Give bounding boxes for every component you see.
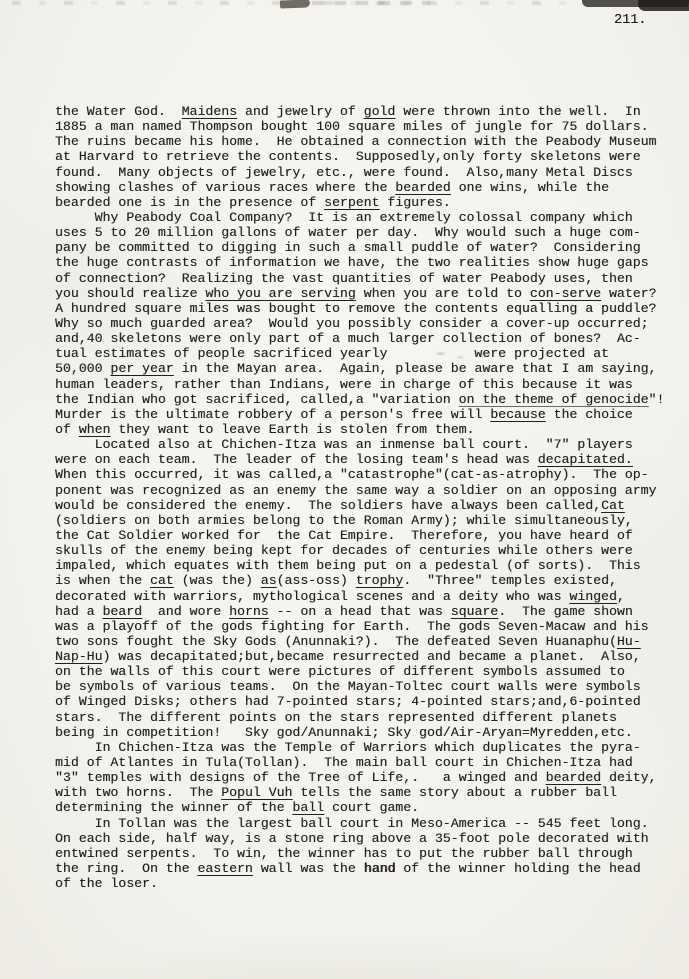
underlined-text: as [261, 573, 277, 588]
scan-smudge-top-center-streak [312, 1, 430, 5]
underlined-text: gold [364, 104, 396, 119]
underlined-text: bearded [395, 180, 450, 195]
text-line: decorated with warriors, mythological sc… [55, 589, 675, 604]
text-line: tual estimates of people sacrificed year… [55, 346, 675, 361]
underlined-text: square [451, 604, 498, 619]
page-number: 211. [614, 13, 646, 28]
underlined-text: con-serve [530, 286, 601, 301]
underlined-text: horns [229, 604, 269, 619]
scan-smudge-top-right-corner [638, 0, 689, 11]
text-line: In Tollan was the largest ball court in … [55, 816, 675, 831]
text-line: bearded one is in the presence of serpen… [55, 195, 675, 210]
underlined-text: because [490, 407, 545, 422]
text-line: the Water God. Maidens and jewelry of go… [55, 104, 675, 119]
underlined-text: who you are serving [205, 286, 355, 301]
paragraph: In Tollan was the largest ball court in … [55, 816, 675, 892]
paragraph: the Water God. Maidens and jewelry of go… [55, 104, 675, 210]
scan-smudge-top-right [582, 0, 689, 7]
underlined-text: when [79, 422, 111, 437]
text-line: Why Peabody Coal Company? It is an extre… [55, 210, 675, 225]
faint-underlined-text: on the theme of genocide [459, 392, 649, 407]
underlined-text: ball [292, 800, 324, 815]
underlined-text: decapitated. [538, 452, 633, 467]
text-line: 1885 a man named Thompson bought 100 squ… [55, 119, 675, 134]
underlined-text: eastern [197, 861, 252, 876]
text-line: skulls of the enemy being kept for decad… [55, 543, 675, 558]
paragraph: In Chichen-Itza was the Temple of Warrio… [55, 740, 675, 816]
text-line: of the loser. [55, 876, 675, 891]
paragraph: Why Peabody Coal Company? It is an extre… [55, 210, 675, 437]
text-line: human leaders, rather than Indians, were… [55, 377, 675, 392]
text-line: would be considered the enemy. The soldi… [55, 498, 675, 513]
text-line: entwined serpents. To win, the winner ha… [55, 846, 675, 861]
text-line: Why so much guarded area? Would you poss… [55, 316, 675, 331]
text-line: was a playoff of the gods fighting for E… [55, 619, 675, 634]
underlined-text: Cat [601, 498, 625, 513]
text-line: the Indian who got sacrificed, called,a … [55, 392, 675, 407]
text-line: (soldiers on both armies belong to the R… [55, 513, 675, 528]
text-line: at Harvard to retrieve the contents. Sup… [55, 149, 675, 164]
text-line: with two horns. The Popul Vuh tells the … [55, 785, 675, 800]
text-line: The ruins became his home. He obtained a… [55, 134, 675, 149]
text-line: two sons fought the Sky Gods (Anunnaki?)… [55, 634, 675, 649]
text-line: ponent was recognized as an enemy the sa… [55, 483, 675, 498]
text-line: found. Many objects of jewelry, etc., we… [55, 165, 675, 180]
text-line: When this occurred, it was called,a "cat… [55, 467, 675, 482]
text-line: A hundred square miles was bought to rem… [55, 301, 675, 316]
scan-smudge-top-center [280, 0, 310, 9]
text-line: be symbols of various teams. On the Maya… [55, 679, 675, 694]
text-line: Murder is the ultimate robbery of a pers… [55, 407, 675, 422]
scanned-document: { "document": { "page_number": "211.", "… [0, 0, 689, 979]
text-line: being in competition! Sky god/Anunnaki; … [55, 725, 675, 740]
underlined-text: Popul Vuh [221, 785, 292, 800]
text-line: impaled, which equates with them being p… [55, 558, 675, 573]
underlined-text: serpent [324, 195, 379, 210]
text-line: of connection? Realizing the vast quanti… [55, 271, 675, 286]
underlined-text: cat [150, 573, 174, 588]
text-line: of Winged Disks; others had 7-pointed st… [55, 694, 675, 709]
text-line: the Cat Soldier worked for the Cat Empir… [55, 528, 675, 543]
overstruck-text: hand [364, 861, 396, 876]
underlined-text: trophy [356, 573, 403, 588]
underlined-text: Nap-Hu [55, 649, 102, 664]
underlined-text: Hu- [617, 634, 641, 649]
underlined-text: Maidens [182, 104, 237, 119]
text-line: "3" temples with designs of the Tree of … [55, 770, 675, 785]
text-line: 50,000 per year in the Mayan area. Again… [55, 361, 675, 376]
text-line: on the walls of this court were pictures… [55, 664, 675, 679]
text-line: Located also at Chichen-Itza was an inme… [55, 437, 675, 452]
text-line: determining the winner of the ball court… [55, 800, 675, 815]
text-line: is when the cat (was the) as(ass-oss) tr… [55, 573, 675, 588]
text-line: the ring. On the eastern wall was the ha… [55, 861, 675, 876]
text-line: and,40 skeletons were only part of a muc… [55, 331, 675, 346]
underlined-text: bearded [546, 770, 601, 785]
text-line: had a beard and wore horns -- on a head … [55, 604, 675, 619]
text-line: Nap-Hu) was decapitated;but,became resur… [55, 649, 675, 664]
underlined-text: winged [569, 589, 616, 604]
text-line: stars. The different points on the stars… [55, 710, 675, 725]
scanned-page: 211. the Water God. Maidens and jewelry … [0, 0, 689, 979]
paragraph: Located also at Chichen-Itza was an inme… [55, 437, 675, 740]
underlined-text: per year [110, 361, 173, 376]
text-line: pany be committed to digging in such a s… [55, 240, 675, 255]
document-body: the Water God. Maidens and jewelry of go… [55, 104, 675, 891]
text-line: showing clashes of various races where t… [55, 180, 675, 195]
underlined-text: beard [102, 604, 142, 619]
text-line: were on each team. The leader of the los… [55, 452, 675, 467]
scan-smudge-top-dashes [12, 1, 568, 5]
text-line: you should realize who you are serving w… [55, 286, 675, 301]
text-line: mid of Atlantes in Tula(Tollan). The mai… [55, 755, 675, 770]
text-line: of when they want to leave Earth is stol… [55, 422, 675, 437]
text-line: In Chichen-Itza was the Temple of Warrio… [55, 740, 675, 755]
text-line: On each side, half way, is a stone ring … [55, 831, 675, 846]
text-line: the huge contrasts of information we hav… [55, 255, 675, 270]
text-line: uses 5 to 20 million gallons of water pe… [55, 225, 675, 240]
